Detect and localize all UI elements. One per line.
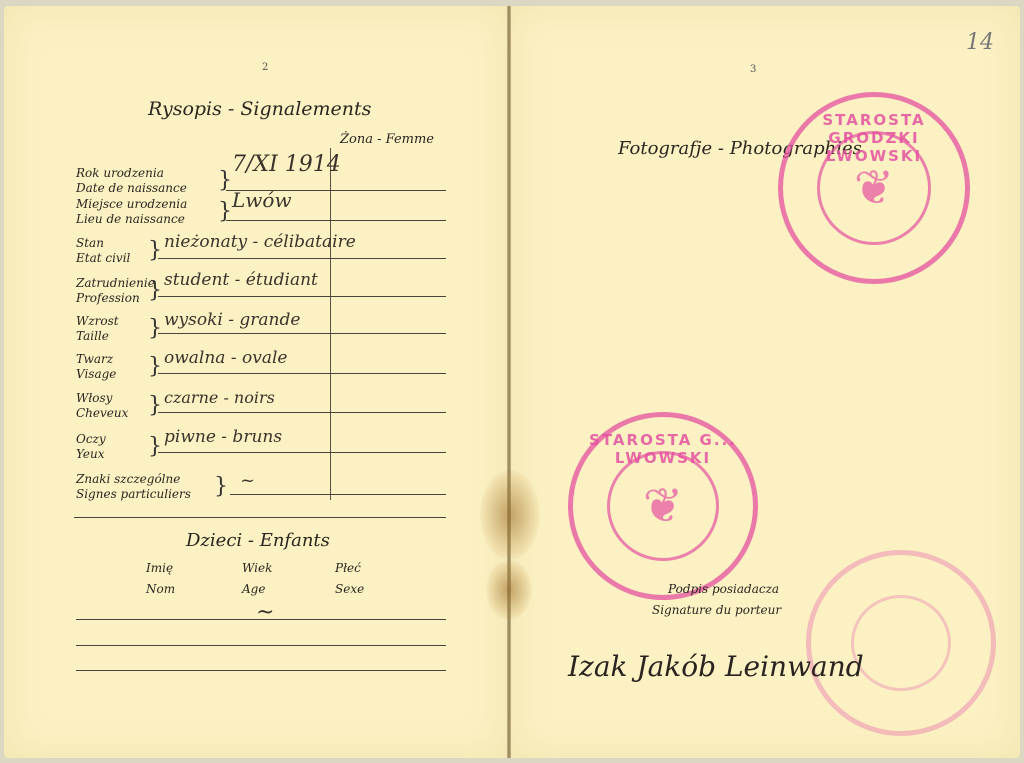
stain [486,560,532,620]
field-value: student - étudiant [164,270,318,290]
field-label-pl: Wzrost [76,314,119,328]
children-col-sex-pl: Płeć [335,561,361,575]
children-col-name-fr: Nom [146,582,175,596]
section-title-signalements: Rysopis - Signalements [148,98,371,120]
field-value: wysoki - grande [164,310,300,330]
brace-icon: } [148,354,162,379]
field-value: nieżonaty - célibataire [164,232,356,252]
field-label-fr: Lieu de naissance [76,212,185,226]
children-col-sex-fr: Sexe [335,582,364,596]
brace-icon: } [148,238,162,263]
field-value: Lwów [232,188,292,212]
children-col-age-pl: Wiek [242,561,272,575]
field-value: piwne - bruns [164,427,282,447]
brace-icon: } [148,316,162,341]
children-col-age-fr: Age [242,582,265,596]
children-row-rule [76,645,446,646]
eagle-emblem-icon: ❦ [643,478,683,534]
field-value: owalna - ovale [164,348,287,368]
field-rule [230,494,446,495]
field-label-pl: Miejsce urodzenia [76,197,187,211]
field-rule [158,373,446,374]
field-value: ~ [240,470,255,491]
field-rule [226,220,446,221]
handwritten-folio-number: 14 [966,30,994,55]
field-label-pl: Twarz [76,352,113,366]
field-rule [158,412,446,413]
official-stamp-faint [806,550,996,736]
field-label-fr: Date de naissance [76,181,187,195]
field-label-fr: Visage [76,367,116,381]
field-value: 7/XI 1914 [232,152,341,177]
field-label-pl: Rok urodzenia [76,166,164,180]
field-label-fr: Etat civil [76,251,130,265]
field-rule [158,258,446,259]
field-rule [158,333,446,334]
brace-icon: } [148,393,162,418]
page-number-right: 3 [750,64,756,75]
section-title-children: Dzieci - Enfants [186,530,330,551]
stain [480,470,540,560]
field-label-fr: Yeux [76,447,104,461]
brace-icon: } [148,434,162,459]
stamp-text: STAROSTA G... LWOWSKI [573,431,753,467]
official-stamp: ❦ STAROSTA G... LWOWSKI [568,412,758,600]
children-row-rule [76,619,446,620]
field-rule [158,452,446,453]
page-number-left: 2 [262,62,268,73]
field-label-pl: Zatrudnienie [76,276,155,290]
field-rule [158,296,446,297]
column-divider [330,148,331,500]
holder-signature: Izak Jakób Leinwand [568,650,864,683]
field-label-fr: Profession [76,291,140,305]
field-label-fr: Taille [76,329,109,343]
section-rule [74,517,446,518]
field-label-fr: Signes particuliers [76,487,191,501]
field-label-fr: Cheveux [76,406,128,420]
children-row-rule [76,670,446,671]
brace-icon: } [148,278,162,303]
official-stamp: ❦ STAROSTA GRODZKI LWOWSKI [778,92,970,284]
signature-label-pl: Podpis posiadacza [668,582,779,596]
field-label-pl: Stan [76,236,104,250]
brace-icon: } [214,474,228,499]
children-col-name-pl: Imię [146,561,173,575]
field-value: czarne - noirs [164,388,275,407]
field-label-pl: Włosy [76,391,112,405]
signature-label-fr: Signature du porteur [652,603,781,617]
children-entry: ~ [256,600,274,625]
stamp-text: STAROSTA GRODZKI LWOWSKI [783,111,965,165]
field-label-pl: Oczy [76,432,106,446]
eagle-emblem-icon: ❦ [854,160,894,216]
field-label-pl: Znaki szczególne [76,472,180,486]
spine [507,6,511,758]
column-header-femme: Żona - Femme [340,132,434,147]
